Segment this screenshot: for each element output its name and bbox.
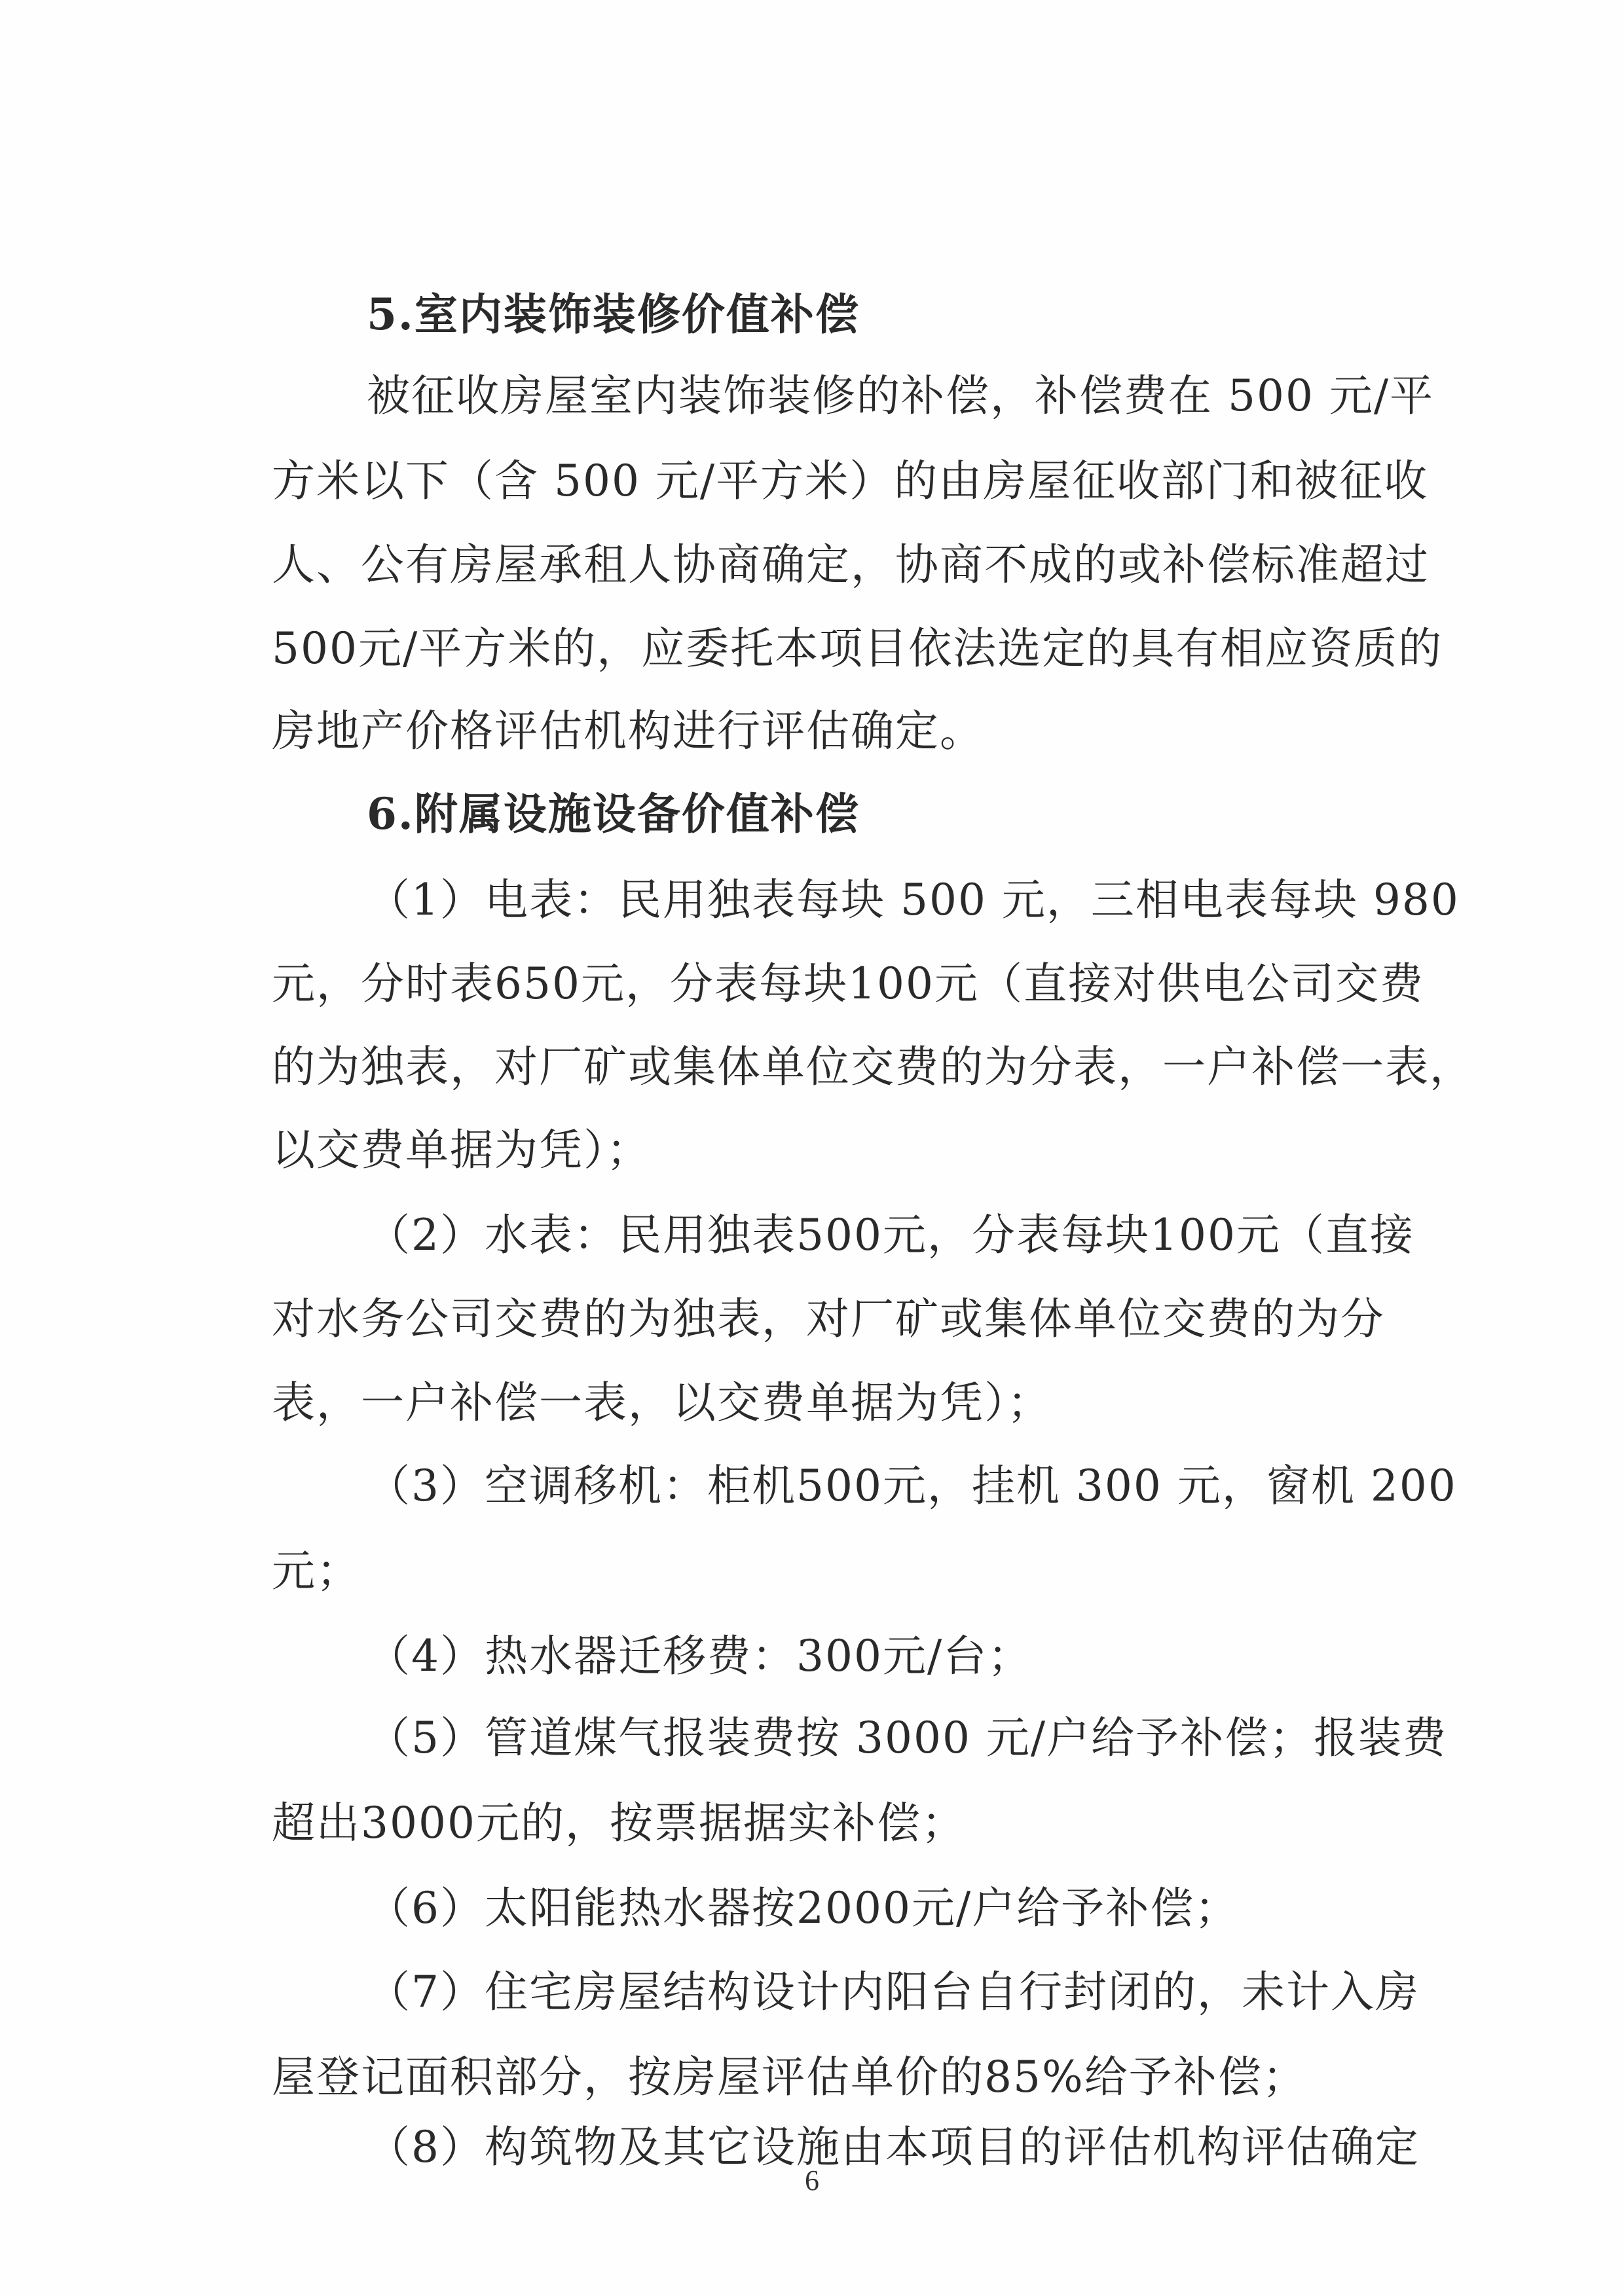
section-heading-5: 5.室内装饰装修价值补偿 — [367, 278, 1362, 350]
list-item-line: 以交费单据为凭）； — [272, 1114, 1362, 1186]
list-item-line: 元； — [272, 1535, 1362, 1607]
list-item-line: 表，一户补偿一表，以交费单据为凭）； — [272, 1367, 1362, 1439]
paragraph-line: 人、公有房屋承租人协商确定，协商不成的或补偿标准超过 — [272, 529, 1362, 601]
list-item-line: 超出3000元的，按票据据实补偿； — [272, 1787, 1362, 1859]
paragraph-line: 房地产价格评估机构进行评估确定。 — [272, 695, 1362, 767]
list-item-line: （5）管道煤气报装费按 3000 元/户给予补偿；报装费 — [367, 1702, 1362, 1774]
list-item-line: （1）电表：民用独表每块 500 元，三相电表每块 980 — [367, 864, 1362, 936]
list-item-line: （7）住宅房屋结构设计内阳台自行封闭的，未计入房 — [367, 1956, 1362, 2028]
list-item-line: （2）水表：民用独表500元，分表每块100元（直接 — [367, 1199, 1362, 1271]
list-item-line: 元，分时表650元，分表每块100元（直接对供电公司交费 — [272, 948, 1362, 1020]
document-page: 5.室内装饰装修价值补偿 被征收房屋室内装饰装修的补偿，补偿费在 500 元/平… — [0, 0, 1624, 2296]
list-item-line: （6）太阳能热水器按2000元/户给予补偿； — [367, 1872, 1362, 1944]
paragraph-line: 500元/平方米的，应委托本项目依法选定的具有相应资质的 — [272, 613, 1362, 685]
list-item-line: 对水务公司交费的为独表，对厂矿或集体单位交费的为分 — [272, 1283, 1362, 1355]
paragraph-line: 被征收房屋室内装饰装修的补偿，补偿费在 500 元/平 — [367, 360, 1362, 432]
list-item-line: （3）空调移机：柜机500元，挂机 300 元，窗机 200 — [367, 1450, 1362, 1522]
list-item-line: （4）热水器迁移费：300元/台； — [367, 1620, 1362, 1692]
list-item-line: 的为独表，对厂矿或集体单位交费的为分表，一户补偿一表， — [272, 1031, 1362, 1103]
page-number: 6 — [0, 2164, 1624, 2197]
list-item-line: 屋登记面积部分，按房屋评估单价的85%给予补偿； — [272, 2041, 1362, 2113]
section-heading-6: 6.附属设施设备价值补偿 — [367, 778, 1362, 850]
paragraph-line: 方米以下（含 500 元/平方米）的由房屋征收部门和被征收 — [272, 445, 1362, 517]
